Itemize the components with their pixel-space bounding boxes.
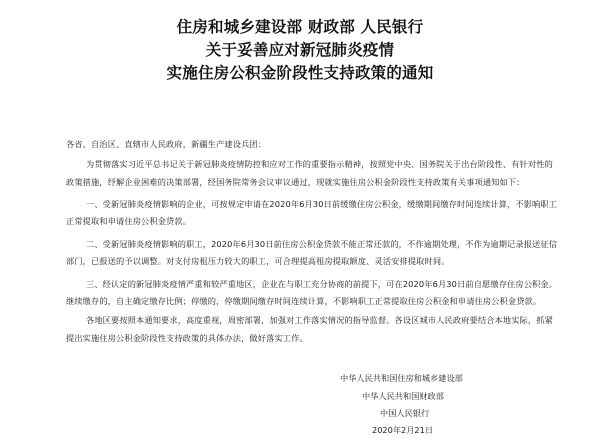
salutation: 各省、自治区、直辖市人民政府，新疆生产建设兵团： (66, 139, 266, 150)
signature-peoples-bank: 中国人民银行 (380, 408, 429, 419)
paragraph-item-3-line-1: 三、经认定的新冠肺炎疫情严重和较严重地区，企业在与职工充分协商的前提下，可在20… (86, 279, 557, 290)
paragraph-item-1-line-1: 一、受新冠肺炎疫情影响的企业，可按规定申请在2020年6月30日前缓缴住房公积金… (86, 199, 557, 210)
document-title-line-2: 关于妥善应对新冠肺炎疫情 (0, 40, 600, 60)
document-title-line-1: 住房和城乡建设部 财政部 人民银行 (0, 17, 600, 37)
paragraph-closing-line-2: 提出实施住房公积金阶段性支持政策的具体办法，做好落实工作。 (66, 333, 308, 344)
document-title-line-3: 实施住房公积金阶段性支持政策的通知 (0, 63, 600, 83)
paragraph-closing-line-1: 各地区要按照本通知要求，高度重视，周密部署，加强对工作落实情况的指导监督。各设区… (86, 315, 553, 326)
paragraph-item-1-line-2: 正常提取和申请住房公积金贷款。 (66, 216, 191, 227)
paragraph-preamble-line-2: 政策措施，纾解企业困难的决策部署，经国务院常务会议审议通过，现就实施住房公积金阶… (66, 177, 525, 188)
signature-ministry-finance: 中华人民共和国财政部 (362, 391, 444, 402)
paragraph-item-2-line-2: 部门，已报送的予以调整。对支付房租压力较大的职工，可合理提高租房提取额度、灵活安… (66, 256, 450, 267)
paragraph-item-3-line-2: 继续缴存的，自主确定缴存比例；停缴的，停缴期间缴存时间连续计算，不影响职工正常提… (66, 296, 541, 307)
document-page: 住房和城乡建设部 财政部 人民银行 关于妥善应对新冠肺炎疫情 实施住房公积金阶段… (0, 0, 600, 440)
document-date: 2020年2月21日 (372, 425, 433, 436)
paragraph-preamble-line-1: 为贯彻落实习近平总书记关于新冠肺炎疫情防控和应对工作的重要指示精神，按照党中央、… (86, 159, 553, 170)
signature-ministry-housing: 中华人民共和国住房和城乡建设部 (340, 373, 463, 384)
paragraph-item-2-line-1: 二、受新冠肺炎疫情影响的职工，2020年6月30日前住房公积金贷款不能正常还款的… (86, 239, 557, 250)
